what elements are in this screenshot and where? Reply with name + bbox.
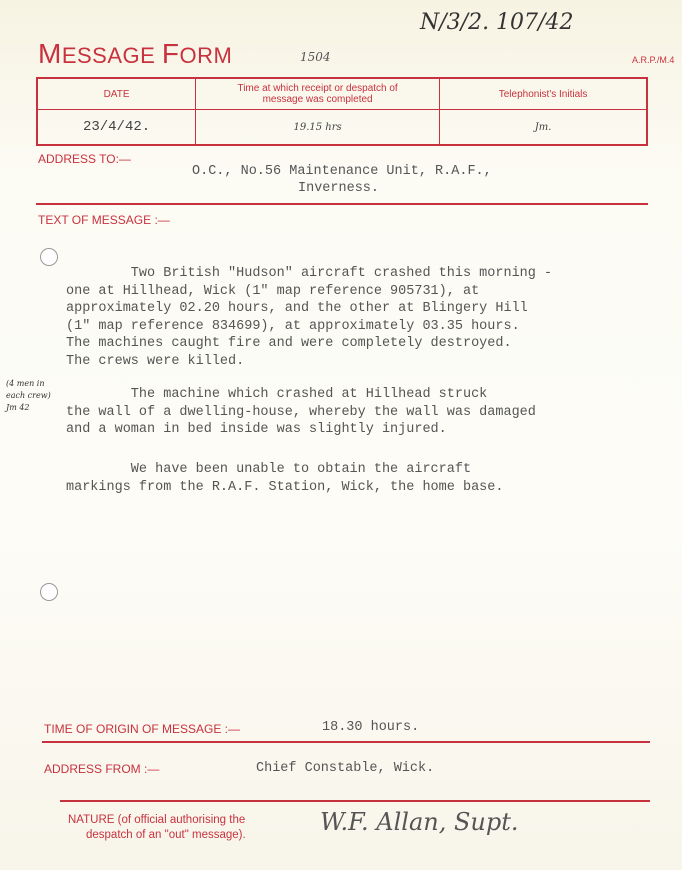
time-of-origin-value: 18.30 hours. bbox=[322, 719, 419, 737]
divider bbox=[60, 800, 650, 802]
date-value: 23/4/42. bbox=[37, 110, 196, 146]
text-of-message-label: TEXT OF MESSAGE :— bbox=[38, 213, 170, 227]
date-header: DATE bbox=[37, 78, 196, 110]
initials-header: Telephonist's Initials bbox=[440, 78, 647, 110]
punch-hole bbox=[40, 248, 58, 266]
initials-value: Jm. bbox=[440, 110, 647, 146]
handwritten-number: 1504 bbox=[300, 50, 331, 64]
divider bbox=[42, 741, 650, 743]
address-to-line1: O.C., No.56 Maintenance Unit, R.A.F., bbox=[192, 163, 492, 181]
message-paragraph-1: Two British "Hudson" aircraft crashed th… bbox=[66, 265, 552, 370]
signature-label-line2: despatch of an "out" message). bbox=[86, 829, 246, 841]
margin-annotation: (4 men in each crew) Jm 42 bbox=[6, 378, 56, 414]
message-paragraph-2: The machine which crashed at Hillhead st… bbox=[66, 386, 536, 439]
address-to-label: ADDRESS TO:— bbox=[38, 152, 131, 166]
address-from-value: Chief Constable, Wick. bbox=[256, 760, 434, 778]
address-from-label: ADDRESS FROM :— bbox=[44, 762, 159, 776]
divider bbox=[36, 203, 648, 205]
form-title: MESSAGE FORM bbox=[38, 38, 232, 70]
signature-value: W.F. Allan, Supt. bbox=[320, 808, 519, 836]
header-table: DATE Time at which receipt or despatch o… bbox=[36, 77, 648, 146]
handwritten-reference: N/3/2. 107/42 bbox=[420, 10, 573, 35]
form-code: A.R.P./M.4 bbox=[632, 55, 674, 65]
punch-hole bbox=[40, 583, 58, 601]
time-of-origin-label: TIME OF ORIGIN OF MESSAGE :— bbox=[44, 722, 240, 736]
address-to-line2: Inverness. bbox=[298, 180, 379, 198]
signature-label-line1: NATURE (of official authorising the bbox=[68, 814, 245, 826]
message-paragraph-3: We have been unable to obtain the aircra… bbox=[66, 461, 503, 496]
time-header: Time at which receipt or despatch of mes… bbox=[196, 78, 440, 110]
time-value: 19.15 hrs bbox=[196, 110, 440, 146]
